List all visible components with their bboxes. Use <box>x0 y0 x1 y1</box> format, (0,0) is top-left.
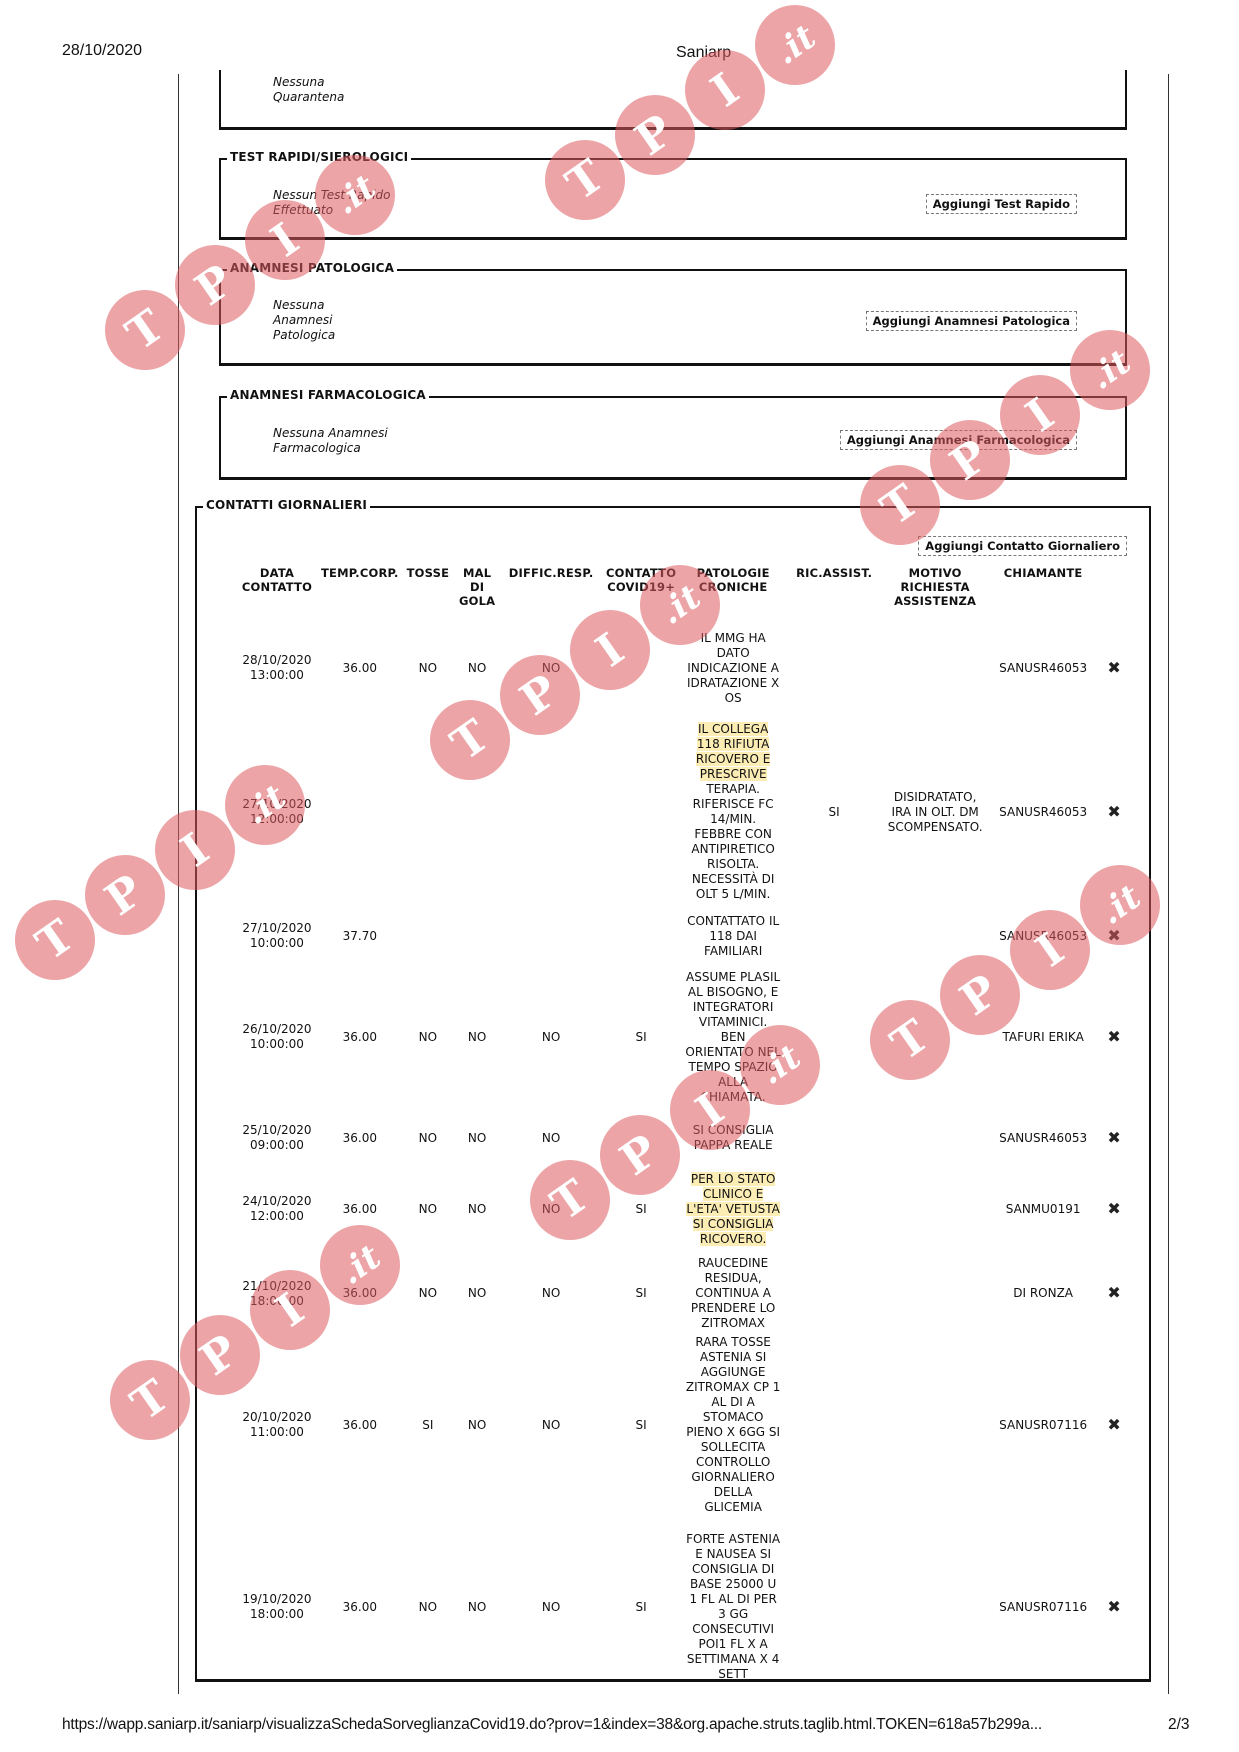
add-anamnesi-patologica-button[interactable]: Aggiungi Anamnesi Patologica <box>866 311 1077 331</box>
table-header-row: DATA CONTATTO TEMP.CORP. TOSSE MAL DI GO… <box>237 566 1129 622</box>
cell-temp-corp: 36.00 <box>317 1112 403 1164</box>
add-anamnesi-farmacologica-button[interactable]: Aggiungi Anamnesi Farmacologica <box>840 430 1077 450</box>
test-rapidi-empty-text: Nessun Test Rapido Effettuato <box>273 188 393 218</box>
chiamante-value: SANUSR07116 <box>999 1418 1087 1432</box>
delete-x-icon[interactable]: ✖ <box>1107 1599 1120 1614</box>
test-rapidi-section: TEST RAPIDI/SIEROLOGICI Nessun Test Rapi… <box>219 158 1127 240</box>
anamnesi-patologica-section: ANAMNESI PATOLOGICA Nessuna Anamnesi Pat… <box>219 269 1127 366</box>
print-footer-url: https://wapp.saniarp.it/saniarp/visualiz… <box>62 1716 1042 1734</box>
quarantena-empty-text: Nessuna Quarantena <box>273 75 353 105</box>
cell-diffic-resp: NO <box>501 962 601 1112</box>
cell-patologie-croniche: IL MMG HA DATO INDICAZIONE A IDRATAZIONE… <box>681 622 785 714</box>
add-contatto-giornaliero-button[interactable]: Aggiungi Contatto Giornaliero <box>918 536 1127 556</box>
cell-data-contatto: 27/10/202010:00:00 <box>237 910 317 962</box>
header-temp-corp: TEMP.CORP. <box>317 566 403 622</box>
contact-date: 19/10/2020 <box>242 1592 311 1606</box>
cell-delete: ✖ <box>1099 1333 1129 1517</box>
resp-value: NO <box>542 1600 560 1614</box>
patologie-text: ASSUME PLASIL AL BISOGNO, E INTEGRATORI … <box>685 970 780 1104</box>
table-row: 19/10/202018:00:0036.00NONONOSI FORTE AS… <box>237 1517 1129 1697</box>
cell-ric-assist <box>785 1333 883 1517</box>
cell-delete: ✖ <box>1099 962 1129 1112</box>
delete-x-icon[interactable]: ✖ <box>1107 1417 1120 1432</box>
covid-value: SI <box>636 1030 647 1044</box>
table-row: 27/10/202010:00:0037.70 CONTATTATO IL 11… <box>237 910 1129 962</box>
cell-contatto-covid: SI <box>601 1164 681 1254</box>
table-row: 24/10/202012:00:0036.00NONONOSIPER LO ST… <box>237 1164 1129 1254</box>
cell-contatto-covid: SI <box>601 1254 681 1333</box>
gola-value: NO <box>468 1286 486 1300</box>
covid-value: SI <box>636 1202 647 1216</box>
cell-patologie-croniche: PER LO STATO CLINICO E L'ETA' VETUSTA SI… <box>681 1164 785 1254</box>
cell-diffic-resp: NO <box>501 1164 601 1254</box>
cell-diffic-resp: NO <box>501 1517 601 1697</box>
chiamante-value: SANUSR46053 <box>999 929 1087 943</box>
temp-value: 36.00 <box>343 1131 377 1145</box>
cell-delete: ✖ <box>1099 1112 1129 1164</box>
table-row: 28/10/202013:00:0036.00NONONO IL MMG HA … <box>237 622 1129 714</box>
contact-time: 18:00:00 <box>250 1294 304 1308</box>
cell-motivo-richiesta <box>883 1333 987 1517</box>
cell-tosse: NO <box>403 1164 454 1254</box>
cell-tosse: SI <box>403 1333 454 1517</box>
cell-contatto-covid <box>601 910 681 962</box>
cell-motivo-richiesta <box>883 622 987 714</box>
cell-temp-corp: 36.00 <box>317 1254 403 1333</box>
resp-value: NO <box>542 1418 560 1432</box>
cell-delete: ✖ <box>1099 910 1129 962</box>
cell-ric-assist <box>785 1517 883 1697</box>
header-chiamante: CHIAMANTE <box>987 566 1099 622</box>
chiamante-value: SANUSR46053 <box>999 1131 1087 1145</box>
cell-delete: ✖ <box>1099 1164 1129 1254</box>
gola-value: NO <box>468 1131 486 1145</box>
anamnesi-farmacologica-empty-text: Nessuna Anamnesi Farmacologica <box>273 426 413 456</box>
cell-ric-assist <box>785 1254 883 1333</box>
contact-time: 13:00:00 <box>250 668 304 682</box>
gola-value: NO <box>468 1030 486 1044</box>
cell-tosse <box>403 910 454 962</box>
patologie-text: RAUCEDINE RESIDUA, CONTINUA A PRENDERE L… <box>691 1256 775 1330</box>
cell-mal-di-gola: NO <box>453 1112 501 1164</box>
cell-chiamante: SANUSR07116 <box>987 1517 1099 1697</box>
chiamante-value: DI RONZA <box>1013 1286 1073 1300</box>
temp-value: 36.00 <box>343 1286 377 1300</box>
cell-tosse: NO <box>403 962 454 1112</box>
cell-temp-corp: 36.00 <box>317 1333 403 1517</box>
tosse-value: NO <box>419 661 437 675</box>
cell-diffic-resp <box>501 714 601 910</box>
cell-chiamante: SANUSR07116 <box>987 1333 1099 1517</box>
cell-mal-di-gola: NO <box>453 622 501 714</box>
cell-tosse <box>403 714 454 910</box>
cell-mal-di-gola: NO <box>453 1517 501 1697</box>
cell-contatto-covid <box>601 1112 681 1164</box>
delete-x-icon[interactable]: ✖ <box>1107 1130 1120 1145</box>
cell-mal-di-gola: NO <box>453 962 501 1112</box>
page-frame-right <box>1168 74 1170 1694</box>
cell-ric-assist <box>785 910 883 962</box>
cell-mal-di-gola: NO <box>453 1164 501 1254</box>
cell-data-contatto: 19/10/202018:00:00 <box>237 1517 317 1697</box>
contact-time: 09:00:00 <box>250 1138 304 1152</box>
contact-date: 20/10/2020 <box>242 1410 311 1424</box>
header-ric-assist: RIC.ASSIST. <box>785 566 883 622</box>
cell-tosse: NO <box>403 622 454 714</box>
cell-data-contatto: 20/10/202011:00:00 <box>237 1333 317 1517</box>
patologie-highlighted-text: IL COLLEGA 118 RIFIUTA RICOVERO E PRESCR… <box>696 722 770 781</box>
motivo-value: DISIDRATATO, IRA IN OLT. DM SCOMPENSATO. <box>888 790 983 834</box>
header-patologie-croniche: PATOLOGIE CRONICHE <box>681 566 785 622</box>
temp-value: 36.00 <box>343 1418 377 1432</box>
cell-mal-di-gola <box>453 910 501 962</box>
anamnesi-patologica-legend: ANAMNESI PATOLOGICA <box>227 261 397 275</box>
cell-mal-di-gola <box>453 714 501 910</box>
covid-value: SI <box>636 1418 647 1432</box>
header-tosse: TOSSE <box>403 566 454 622</box>
cell-chiamante: DI RONZA <box>987 1254 1099 1333</box>
cell-diffic-resp: NO <box>501 1254 601 1333</box>
patologie-text: TERAPIA. RIFERISCE FC 14/MIN. FEBBRE CON… <box>691 782 774 901</box>
chiamante-value: SANUSR46053 <box>999 661 1087 675</box>
header-data-contatto: DATA CONTATTO <box>237 566 317 622</box>
cell-motivo-richiesta <box>883 1164 987 1254</box>
cell-ric-assist <box>785 1112 883 1164</box>
cell-temp-corp: 36.00 <box>317 1164 403 1254</box>
covid-value: SI <box>636 1286 647 1300</box>
contact-date: 21/10/2020 <box>242 1279 311 1293</box>
cell-ric-assist <box>785 622 883 714</box>
resp-value: NO <box>542 1131 560 1145</box>
temp-value: 36.00 <box>343 1030 377 1044</box>
cell-patologie-croniche: ASSUME PLASIL AL BISOGNO, E INTEGRATORI … <box>681 962 785 1112</box>
cell-mal-di-gola: NO <box>453 1254 501 1333</box>
cell-ric-assist: SI <box>785 714 883 910</box>
cell-contatto-covid <box>601 714 681 910</box>
temp-value: 36.00 <box>343 661 377 675</box>
cell-tosse: NO <box>403 1112 454 1164</box>
tosse-value: NO <box>419 1286 437 1300</box>
cell-chiamante: SANUSR46053 <box>987 1112 1099 1164</box>
cell-tosse: NO <box>403 1254 454 1333</box>
contact-date: 28/10/2020 <box>242 653 311 667</box>
resp-value: NO <box>542 1286 560 1300</box>
cell-patologie-croniche: RARA TOSSE ASTENIA SI AGGIUNGE ZITROMAX … <box>681 1333 785 1517</box>
table-row: 26/10/202010:00:0036.00NONONOSI ASSUME P… <box>237 962 1129 1112</box>
resp-value: NO <box>542 1202 560 1216</box>
cell-temp-corp: 36.00 <box>317 1517 403 1697</box>
header-mal-di-gola: MAL DI GOLA <box>453 566 501 622</box>
tosse-value: NO <box>419 1600 437 1614</box>
contact-time: 18:00:00 <box>250 1607 304 1621</box>
cell-patologie-croniche: CONTATTATO IL 118 DAI FAMILIARI <box>681 910 785 962</box>
anamnesi-patologica-empty-text: Nessuna Anamnesi Patologica <box>273 298 343 343</box>
cell-patologie-croniche: FORTE ASTENIA E NAUSEA SI CONSIGLIA DI B… <box>681 1517 785 1697</box>
contact-date: 25/10/2020 <box>242 1123 311 1137</box>
cell-chiamante: SANUSR46053 <box>987 714 1099 910</box>
delete-x-icon[interactable]: ✖ <box>1107 1029 1120 1044</box>
contact-date: 26/10/2020 <box>242 1022 311 1036</box>
contact-time: 10:00:00 <box>250 1037 304 1051</box>
watermark-letter-circle: T <box>15 900 95 980</box>
patologie-text: CONTATTATO IL 118 DAI FAMILIARI <box>687 914 779 958</box>
page-frame-left <box>178 74 180 1694</box>
cell-temp-corp: 37.70 <box>317 910 403 962</box>
contatti-giornalieri-legend: CONTATTI GIORNALIERI <box>203 498 370 512</box>
cell-data-contatto: 25/10/202009:00:00 <box>237 1112 317 1164</box>
tosse-value: SI <box>422 1418 433 1432</box>
tosse-value: NO <box>419 1202 437 1216</box>
cell-data-contatto: 26/10/202010:00:00 <box>237 962 317 1112</box>
resp-value: NO <box>542 661 560 675</box>
cell-patologie-croniche: SI CONSIGLIA PAPPA REALE <box>681 1112 785 1164</box>
anamnesi-farmacologica-legend: ANAMNESI FARMACOLOGICA <box>227 388 429 402</box>
patologie-highlighted-text: PER LO STATO CLINICO E L'ETA' VETUSTA SI… <box>686 1172 779 1246</box>
delete-x-icon[interactable]: ✖ <box>1107 928 1120 943</box>
cell-temp-corp <box>317 714 403 910</box>
cell-temp-corp: 36.00 <box>317 962 403 1112</box>
quarantena-section: Nessuna Quarantena <box>219 70 1127 130</box>
gola-value: NO <box>468 661 486 675</box>
ric-assist-value: SI <box>829 805 840 819</box>
cell-patologie-croniche: IL COLLEGA 118 RIFIUTA RICOVERO E PRESCR… <box>681 714 785 910</box>
delete-x-icon[interactable]: ✖ <box>1107 804 1120 819</box>
cell-delete: ✖ <box>1099 1517 1129 1697</box>
contact-date: 27/10/2020 <box>242 797 311 811</box>
cell-ric-assist <box>785 1164 883 1254</box>
gola-value: NO <box>468 1600 486 1614</box>
chiamante-value: SANUSR07116 <box>999 1600 1087 1614</box>
tosse-value: NO <box>419 1030 437 1044</box>
contact-time: 12:00:00 <box>250 1209 304 1223</box>
cell-contatto-covid: SI <box>601 1333 681 1517</box>
header-contatto-covid: CONTATTO COVID19+ <box>601 566 681 622</box>
cell-chiamante: TAFURI ERIKA <box>987 962 1099 1112</box>
cell-motivo-richiesta <box>883 1517 987 1697</box>
cell-delete: ✖ <box>1099 714 1129 910</box>
header-motivo-richiesta: MOTIVO RICHIESTA ASSISTENZA <box>883 566 987 622</box>
contact-date: 27/10/2020 <box>242 921 311 935</box>
patologie-text: SI CONSIGLIA PAPPA REALE <box>693 1123 774 1152</box>
table-row: 25/10/202009:00:0036.00NONONO SI CONSIGL… <box>237 1112 1129 1164</box>
patologie-text: FORTE ASTENIA E NAUSEA SI CONSIGLIA DI B… <box>686 1532 780 1681</box>
header-actions <box>1099 566 1129 622</box>
cell-contatto-covid <box>601 622 681 714</box>
cell-patologie-croniche: RAUCEDINE RESIDUA, CONTINUA A PRENDERE L… <box>681 1254 785 1333</box>
contact-time: 11:00:00 <box>250 1425 304 1439</box>
cell-temp-corp: 36.00 <box>317 622 403 714</box>
covid-value: SI <box>636 1600 647 1614</box>
cell-chiamante: SANMU0191 <box>987 1164 1099 1254</box>
cell-motivo-richiesta <box>883 962 987 1112</box>
delete-x-icon[interactable]: ✖ <box>1107 1285 1120 1300</box>
header-diffic-resp: DIFFIC.RESP. <box>501 566 601 622</box>
cell-contatto-covid: SI <box>601 1517 681 1697</box>
cell-data-contatto: 24/10/202012:00:00 <box>237 1164 317 1254</box>
cell-ric-assist <box>785 962 883 1112</box>
cell-chiamante: SANUSR46053 <box>987 622 1099 714</box>
cell-tosse: NO <box>403 1517 454 1697</box>
anamnesi-farmacologica-section: ANAMNESI FARMACOLOGICA Nessuna Anamnesi … <box>219 396 1127 480</box>
chiamante-value: TAFURI ERIKA <box>1002 1030 1083 1044</box>
cell-contatto-covid: SI <box>601 962 681 1112</box>
cell-data-contatto: 28/10/202013:00:00 <box>237 622 317 714</box>
cell-motivo-richiesta <box>883 1254 987 1333</box>
cell-data-contatto: 21/10/202018:00:00 <box>237 1254 317 1333</box>
chiamante-value: SANUSR46053 <box>999 805 1087 819</box>
temp-value: 37.70 <box>343 929 377 943</box>
temp-value: 36.00 <box>343 1202 377 1216</box>
cell-diffic-resp: NO <box>501 1112 601 1164</box>
temp-value: 36.00 <box>343 1600 377 1614</box>
add-test-rapido-button[interactable]: Aggiungi Test Rapido <box>926 194 1077 214</box>
delete-x-icon[interactable]: ✖ <box>1107 1201 1120 1216</box>
cell-delete: ✖ <box>1099 622 1129 714</box>
cell-chiamante: SANUSR46053 <box>987 910 1099 962</box>
cell-diffic-resp: NO <box>501 1333 601 1517</box>
cell-diffic-resp <box>501 910 601 962</box>
test-rapidi-legend: TEST RAPIDI/SIEROLOGICI <box>227 150 411 164</box>
cell-mal-di-gola: NO <box>453 1333 501 1517</box>
watermark-letter-circle: T <box>105 290 185 370</box>
cell-diffic-resp: NO <box>501 622 601 714</box>
contatti-table: DATA CONTATTO TEMP.CORP. TOSSE MAL DI GO… <box>237 566 1129 1697</box>
cell-data-contatto: 27/10/202012:00:00 <box>237 714 317 910</box>
contact-time: 12:00:00 <box>250 812 304 826</box>
watermark-letter-circle: P <box>85 855 165 935</box>
gola-value: NO <box>468 1418 486 1432</box>
chiamante-value: SANMU0191 <box>1006 1202 1081 1216</box>
table-row: 21/10/202018:00:0036.00NONONOSI RAUCEDIN… <box>237 1254 1129 1333</box>
cell-motivo-richiesta <box>883 910 987 962</box>
table-row: 20/10/202011:00:0036.00SINONOSI RARA TOS… <box>237 1333 1129 1517</box>
patologie-text: RARA TOSSE ASTENIA SI AGGIUNGE ZITROMAX … <box>686 1335 781 1514</box>
cell-motivo-richiesta: DISIDRATATO, IRA IN OLT. DM SCOMPENSATO. <box>883 714 987 910</box>
tosse-value: NO <box>419 1131 437 1145</box>
gola-value: NO <box>468 1202 486 1216</box>
contatti-giornalieri-section: CONTATTI GIORNALIERI Aggiungi Contatto G… <box>195 506 1151 1682</box>
patologie-text: IL MMG HA DATO INDICAZIONE A IDRATAZIONE… <box>687 631 779 705</box>
print-page-title: Saniarp <box>676 44 731 62</box>
contact-time: 10:00:00 <box>250 936 304 950</box>
cell-motivo-richiesta <box>883 1112 987 1164</box>
resp-value: NO <box>542 1030 560 1044</box>
delete-x-icon[interactable]: ✖ <box>1107 660 1120 675</box>
print-page-number: 2/3 <box>1168 1716 1190 1734</box>
print-date: 28/10/2020 <box>62 42 142 60</box>
contact-date: 24/10/2020 <box>242 1194 311 1208</box>
cell-delete: ✖ <box>1099 1254 1129 1333</box>
table-row: 27/10/202012:00:00IL COLLEGA 118 RIFIUTA… <box>237 714 1129 910</box>
